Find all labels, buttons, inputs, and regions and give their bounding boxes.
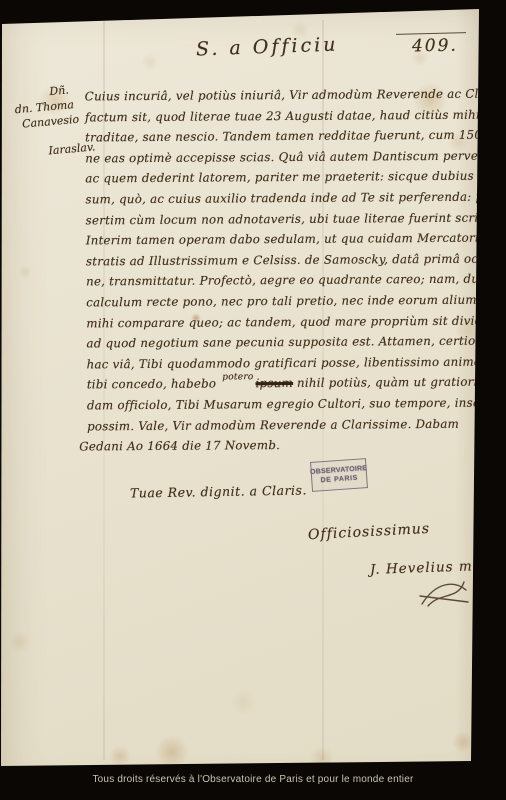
- body-line: Cuius incuriâ, vel potiùs iniuriâ, Vir a…: [85, 84, 485, 107]
- body-line: ac quem dederint latorem, pariter me pra…: [85, 166, 485, 189]
- valediction: Tuae Rev. dignit. a Claris.: [130, 482, 307, 500]
- interlinear-correction: potero: [222, 373, 253, 383]
- scan-background: 409. S. a Officiu Dñ. dn. Thoma Canavesi…: [0, 0, 506, 800]
- strikethrough-word: ipsum: [256, 373, 294, 394]
- signoff: Officiosissimus: [308, 521, 431, 543]
- body-line: ne eas optimè accepisse scias. Quâ viâ a…: [85, 145, 485, 168]
- body-line: ad quod negotium sane pecunia supposita …: [86, 331, 486, 354]
- folio-overline: [396, 32, 466, 35]
- body-line: stratis ad Illustrissimum e Celsiss. de …: [86, 248, 486, 271]
- signature: J. Hevelius mp: [370, 558, 483, 578]
- body-line: possim. Vale, Vir admodùm Reverende a Cl…: [87, 413, 487, 436]
- folio-number: 409.: [412, 36, 458, 57]
- body-line: hac viâ, Tibi quodammodo gratificari pos…: [87, 351, 487, 374]
- signature-flourish-icon: [418, 578, 470, 608]
- correction-after: nihil potiùs, quàm ut gratiori adhuc quo…: [293, 374, 506, 390]
- dateline: Gedani Ao 1664 die 17 Novemb.: [79, 434, 487, 457]
- letter-heading: S. a Officiu: [196, 34, 339, 61]
- manuscript-page: 409. S. a Officiu Dñ. dn. Thoma Canavesi…: [0, 0, 506, 800]
- body-line: dam officiolo, Tibi Musarum egregio Cult…: [87, 393, 487, 416]
- body-line: ne, transmittatur. Profectò, aegre eo qu…: [86, 269, 486, 292]
- body-line: sertim cùm locum non adnotaveris, ubi tu…: [86, 207, 486, 230]
- letter-body: Cuius incuriâ, vel potiùs iniuriâ, Vir a…: [85, 84, 488, 457]
- archive-stamp: OBSERVATOIRE DE PARIS: [310, 458, 368, 492]
- margin-note: Dñ. dn. Thoma Canavesio Iaraslav.: [9, 81, 96, 162]
- body-line: sum, quò, ac cuius auxilio tradenda inde…: [85, 187, 485, 210]
- body-line: factum sit, quod literae tuae 23 Augusti…: [85, 104, 485, 127]
- archive-stamp-line: DE PARIS: [320, 474, 358, 486]
- body-line: traditae, sane nescio. Tandem tamen redd…: [85, 125, 485, 148]
- correction-before: tibi concedo, habebo: [87, 377, 221, 392]
- body-line-with-correction: tibi concedo, habebo poteroipsum nihil p…: [87, 372, 487, 395]
- body-line: Interim tamen operam dabo sedulam, ut qu…: [86, 228, 486, 251]
- rights-notice: Tous droits réservés à l'Observatoire de…: [0, 774, 506, 785]
- body-line: calculum recte pono, nec pro tali pretio…: [86, 290, 486, 313]
- body-line: mihi comparare queo; ac tandem, quod mar…: [86, 310, 486, 333]
